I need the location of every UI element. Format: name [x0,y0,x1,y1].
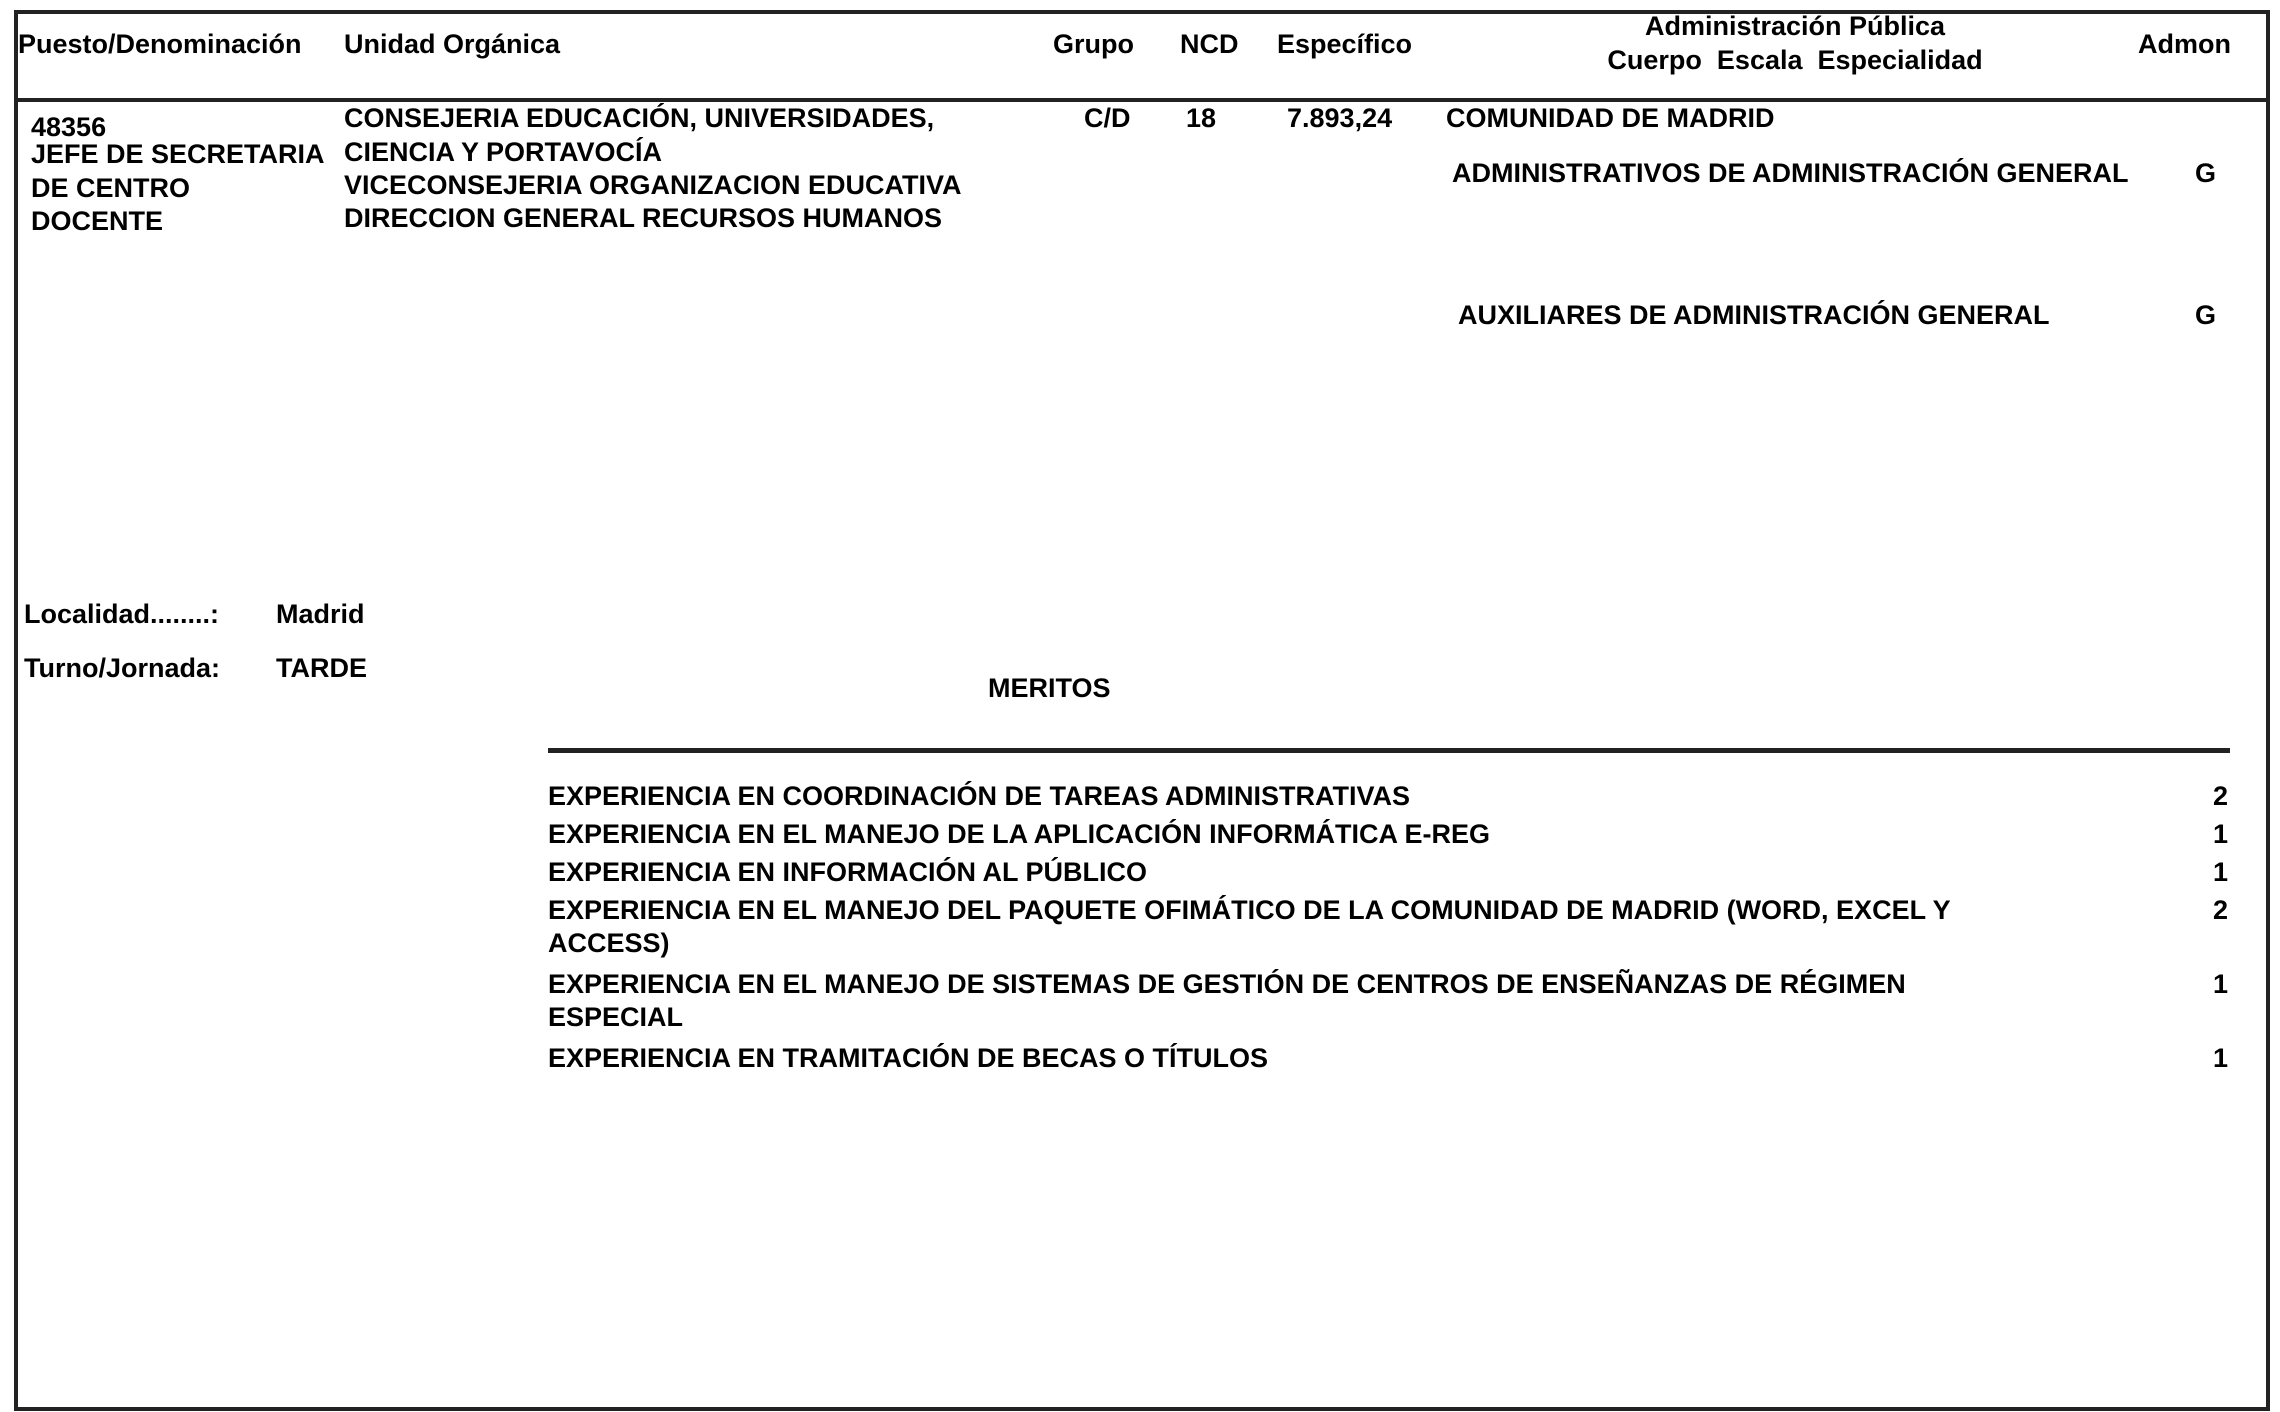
merito-value: 1 [2188,818,2228,851]
localidad-value: Madrid [276,598,365,631]
puesto-administracion: COMUNIDAD DE MADRID [1446,102,1774,135]
header-admon: Admon [2138,28,2231,61]
merito-value: 1 [2188,1042,2228,1075]
unidad-line-4: DIRECCION GENERAL RECURSOS HUMANOS [344,202,942,235]
merito-text: EXPERIENCIA EN EL MANEJO DE SISTEMAS DE … [548,968,2048,1034]
turno-label: Turno/Jornada: [24,652,220,685]
merito-value: 1 [2188,968,2228,1001]
puesto-especifico: 7.893,24 [1287,102,1392,135]
cuerpo-2-nombre: AUXILIARES DE ADMINISTRACIÓN GENERAL [1458,299,2050,332]
header-grupo: Grupo [1053,28,1134,61]
header-admin-publica: Administración Pública [1540,10,2050,43]
merito-text: EXPERIENCIA EN COORDINACIÓN DE TAREAS AD… [548,780,2048,813]
localidad-label: Localidad........: [24,598,219,631]
cuerpo-1-nombre: ADMINISTRATIVOS DE ADMINISTRACIÓN GENERA… [1452,157,2129,190]
header-especifico: Específico [1277,28,1412,61]
turno-value: TARDE [276,652,367,685]
header-unidad: Unidad Orgánica [344,28,560,61]
merito-text: EXPERIENCIA EN EL MANEJO DE LA APLICACIÓ… [548,818,2048,851]
merito-value: 2 [2188,894,2228,927]
header-ncd: NCD [1180,28,1239,61]
puesto-ncd: 18 [1186,102,1216,135]
merito-text: EXPERIENCIA EN INFORMACIÓN AL PÚBLICO [548,856,2048,889]
cuerpo-2-admon: G [2195,299,2216,332]
header-cuerpo-escala: Cuerpo Escala Especialidad [1540,44,2050,77]
header-puesto: Puesto/Denominación [18,28,302,61]
unidad-line-3: VICECONSEJERIA ORGANIZACION EDUCATIVA [344,169,962,202]
merito-text: EXPERIENCIA EN TRAMITACIÓN DE BECAS O TÍ… [548,1042,2048,1075]
merito-value: 1 [2188,856,2228,889]
puesto-denominacion-1: JEFE DE SECRETARIA [31,138,325,171]
merito-text: EXPERIENCIA EN EL MANEJO DEL PAQUETE OFI… [548,894,2048,960]
meritos-title: MERITOS [988,672,1111,705]
merito-value: 2 [2188,780,2228,813]
unidad-line-2: CIENCIA Y PORTAVOCÍA [344,136,662,169]
puesto-denominacion-3: DOCENTE [31,205,163,238]
cuerpo-1-admon: G [2195,157,2216,190]
meritos-divider [548,748,2230,753]
unidad-line-1: CONSEJERIA EDUCACIÓN, UNIVERSIDADES, [344,102,934,135]
puesto-grupo: C/D [1084,102,1131,135]
puesto-denominacion-2: DE CENTRO [31,172,190,205]
